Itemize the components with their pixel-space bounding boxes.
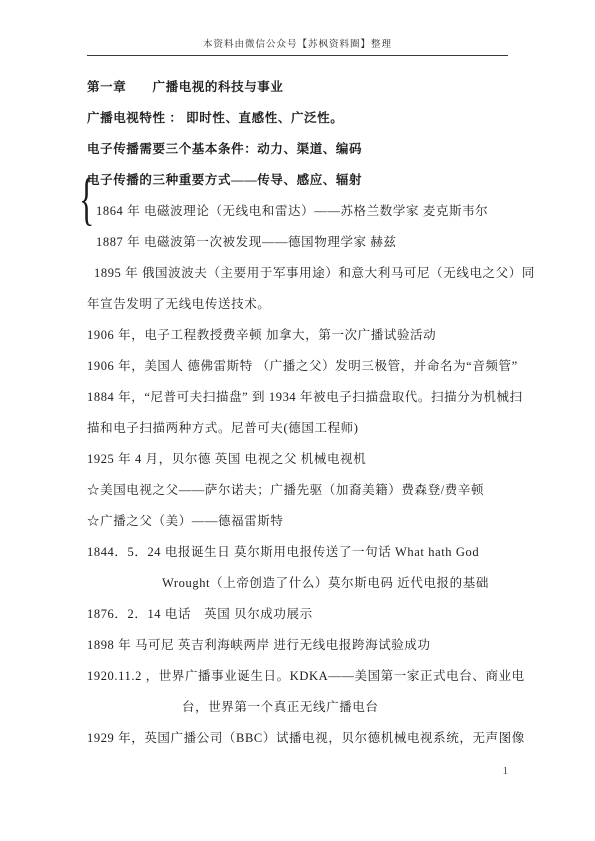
text-line: 描和电子扫描两种方式。尼普可夫(德国工程师) bbox=[87, 413, 509, 444]
page-number: 1 bbox=[87, 766, 508, 777]
text-line: ☆广播之父（美）——德福雷斯特 bbox=[87, 506, 509, 537]
text-line: 广播电视特性 ： 即时性、直感性、广泛性。 bbox=[87, 103, 509, 134]
text-line: 1864 年 电磁波理论（无线电和雷达）——苏格兰数学家 麦克斯韦尔 bbox=[87, 196, 509, 227]
text-line: 1887 年 电磁波第一次被发现——德国物理学家 赫兹 bbox=[87, 227, 509, 258]
text-line: 1898 年 马可尼 英吉利海峡两岸 进行无线电报跨海试验成功 bbox=[87, 630, 509, 661]
text-line: 1844．5．24 电报诞生日 莫尔斯用电报传送了一句话 What hath G… bbox=[87, 537, 509, 568]
document-page: 本资料由微信公众号【苏枫资料圈】整理 { 第一章 广播电视的科技与事业 广播电视… bbox=[0, 0, 595, 841]
text-line: 年宣告发明了无线电传送技术。 bbox=[87, 289, 509, 320]
text-line: 1929 年，英国广播公司（BBC）试播电视，贝尔德机械电视系统，无声图像 bbox=[87, 723, 509, 754]
text-line: 1906 年，电子工程教授费辛顿 加拿大，第一次广播试验活动 bbox=[87, 320, 509, 351]
text-line: 1884 年，“尼普可夫扫描盘” 到 1934 年被电子扫描盘取代。扫描分为机械… bbox=[87, 382, 509, 413]
text-line: 1906 年，美国人 德佛雷斯特 （广播之父）发明三极管，并命名为“音频管” bbox=[87, 351, 509, 382]
text-line: Wrought（上帝创造了什么）莫尔斯电码 近代电报的基础 bbox=[87, 568, 509, 599]
text-line: 台，世界第一个真正无线广播电台 bbox=[87, 692, 509, 723]
document-body: { 第一章 广播电视的科技与事业 广播电视特性 ： 即时性、直感性、广泛性。 电… bbox=[87, 72, 509, 754]
text-line: 1925 年 4 月，贝尔德 英国 电视之父 机械电视机 bbox=[87, 444, 509, 475]
page-header: 本资料由微信公众号【苏枫资料圈】整理 bbox=[87, 36, 508, 56]
text-line: 1876．2．14 电话 英国 贝尔成功展示 bbox=[87, 599, 509, 630]
page-number-value: 1 bbox=[503, 766, 508, 777]
text-line: 1920.11.2 ，世界广播事业诞生日。KDKA——美国第一家正式电台、商业电 bbox=[87, 661, 509, 692]
text-line: 电子传播的三种重要方式——传导、感应、辐射 bbox=[87, 165, 509, 196]
text-line: 电子传播需要三个基本条件：动力、渠道、编码 bbox=[87, 134, 509, 165]
chapter-title: 第一章 广播电视的科技与事业 bbox=[87, 72, 509, 103]
text-line: ☆美国电视之父——萨尔诺夫；广播先驱（加裔美籍）费森登/费辛顿 bbox=[87, 475, 509, 506]
header-text: 本资料由微信公众号【苏枫资料圈】整理 bbox=[203, 40, 392, 50]
text-line: 1895 年 俄国波波夫（主要用于军事用途）和意大利马可尼（无线电之父）同 bbox=[87, 258, 509, 289]
